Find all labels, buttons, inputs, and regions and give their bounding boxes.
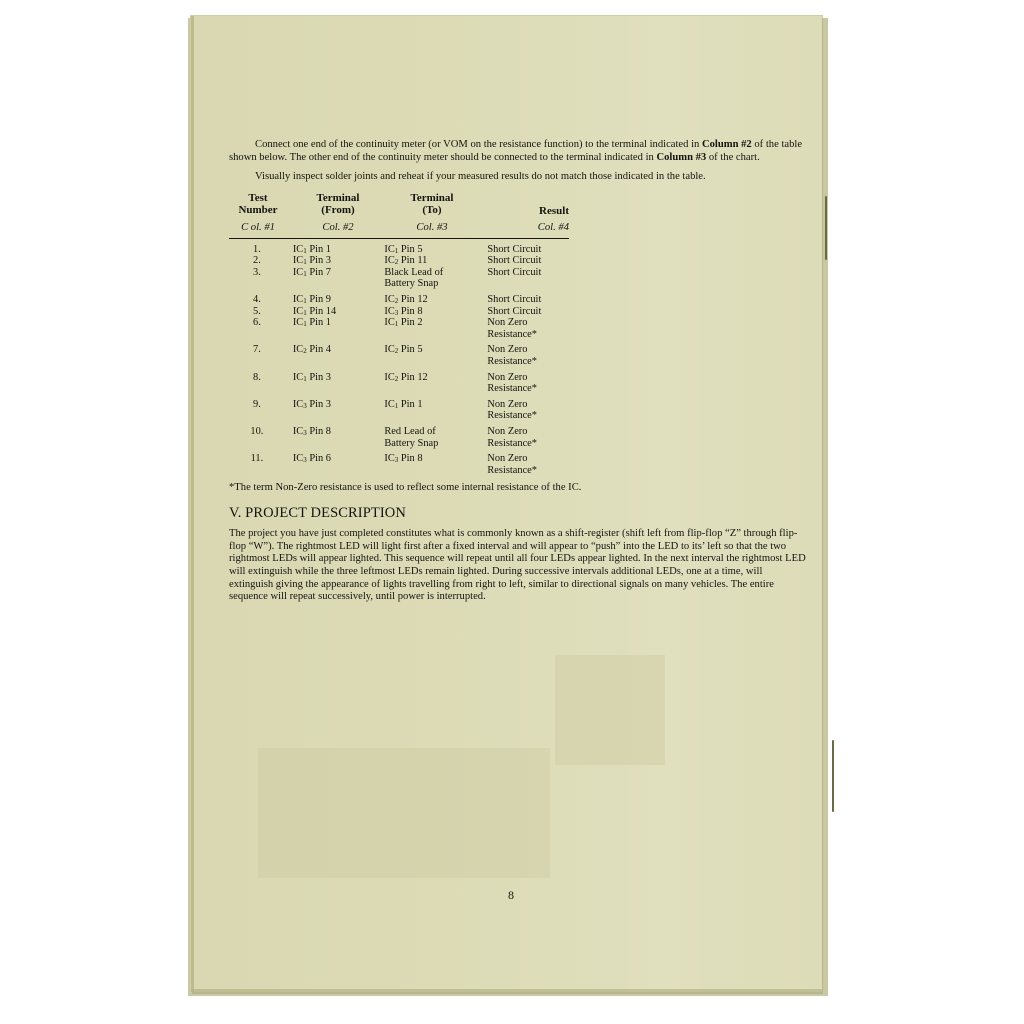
table-row: 2.IC1 Pin 3IC2 Pin 11Short Circuit	[229, 255, 574, 267]
table-row: 3.IC1 Pin 7Black Lead ofBattery SnapShor…	[229, 267, 574, 290]
staple-bottom	[832, 740, 834, 812]
header-result: Result	[489, 205, 569, 218]
subheader-col-2: Col. #2	[293, 222, 383, 233]
cell-test-number: 3.	[229, 267, 285, 290]
cell-terminal-from: IC1 Pin 1	[285, 317, 382, 340]
subheader-col-4: Col. #4	[489, 222, 569, 233]
cell-terminal-to: IC2 Pin 11	[381, 255, 487, 267]
cell-terminal-from: IC1 Pin 7	[285, 267, 382, 290]
cell-result: Short Circuit	[487, 294, 574, 306]
header-test-number: TestNumber	[229, 192, 287, 217]
table-header: TestNumber Terminal(From) Terminal(To) R…	[229, 190, 574, 244]
cell-test-number: 7.	[229, 344, 285, 367]
subheader-col-3: Col. #3	[387, 222, 477, 233]
subheader-col-1: C ol. #1	[229, 222, 287, 233]
cell-terminal-to: Red Lead ofBattery Snap	[381, 426, 487, 449]
intro-instructions: Connect one end of the continuity meter …	[229, 138, 809, 184]
cell-terminal-to: IC2 Pin 12	[381, 372, 487, 395]
cell-test-number: 11.	[229, 453, 285, 476]
cell-test-number: 4.	[229, 294, 285, 306]
cell-terminal-to: IC3 Pin 8	[381, 306, 487, 318]
project-description: The project you have just completed cons…	[229, 528, 809, 604]
cell-test-number: 10.	[229, 426, 285, 449]
cell-terminal-to: IC2 Pin 12	[381, 294, 487, 306]
table-row: 4.IC1 Pin 9IC2 Pin 12Short Circuit	[229, 294, 574, 306]
table-row: 6.IC1 Pin 1IC1 Pin 2Non ZeroResistance*	[229, 317, 574, 340]
table-row: 5.IC1 Pin 14IC3 Pin 8Short Circuit	[229, 306, 574, 318]
staple-top	[825, 196, 827, 260]
table-row: 7.IC2 Pin 4IC2 Pin 5Non ZeroResistance*	[229, 344, 574, 367]
cell-result: Non ZeroResistance*	[487, 317, 574, 340]
cell-terminal-from: IC1 Pin 3	[285, 372, 382, 395]
cell-result: Short Circuit	[487, 255, 574, 267]
table-row: 10.IC3 Pin 8Red Lead ofBattery SnapNon Z…	[229, 426, 574, 449]
cell-test-number: 6.	[229, 317, 285, 340]
cell-test-number: 1.	[229, 244, 285, 256]
table-body: 1.IC1 Pin 1IC1 Pin 5Short Circuit2.IC1 P…	[229, 244, 574, 477]
page-number: 8	[508, 888, 514, 903]
intro-paragraph-1: Connect one end of the continuity meter …	[229, 138, 809, 164]
cell-terminal-to: IC1 Pin 2	[381, 317, 487, 340]
footnote: *The term Non-Zero resistance is used to…	[229, 482, 809, 493]
cell-result: Non ZeroResistance*	[487, 344, 574, 367]
table-row: 9.IC3 Pin 3IC1 Pin 1Non ZeroResistance*	[229, 399, 574, 422]
cell-terminal-to: Black Lead ofBattery Snap	[381, 267, 487, 290]
cell-terminal-from: IC1 Pin 1	[285, 244, 382, 256]
cell-terminal-to: IC2 Pin 5	[381, 344, 487, 367]
intro-paragraph-2: Visually inspect solder joints and rehea…	[229, 170, 809, 183]
cell-terminal-from: IC1 Pin 3	[285, 255, 382, 267]
bleed-through-shadow	[555, 655, 665, 765]
header-rule	[229, 238, 569, 240]
cell-terminal-from: IC2 Pin 4	[285, 344, 382, 367]
cell-result: Short Circuit	[487, 244, 574, 256]
continuity-test-table: TestNumber Terminal(From) Terminal(To) R…	[229, 190, 574, 477]
cell-terminal-to: IC1 Pin 1	[381, 399, 487, 422]
cell-terminal-from: IC3 Pin 3	[285, 399, 382, 422]
bleed-through-shadow	[258, 748, 550, 878]
table-row: 1.IC1 Pin 1IC1 Pin 5Short Circuit	[229, 244, 574, 256]
cell-result: Non ZeroResistance*	[487, 372, 574, 395]
cell-result: Non ZeroResistance*	[487, 426, 574, 449]
header-terminal-from: Terminal(From)	[293, 192, 383, 217]
cell-terminal-to: IC1 Pin 5	[381, 244, 487, 256]
cell-test-number: 5.	[229, 306, 285, 318]
cell-terminal-from: IC1 Pin 9	[285, 294, 382, 306]
cell-result: Short Circuit	[487, 267, 574, 290]
cell-test-number: 9.	[229, 399, 285, 422]
cell-result: Non ZeroResistance*	[487, 453, 574, 476]
cell-terminal-from: IC3 Pin 6	[285, 453, 382, 476]
column-3-ref: Column #3	[656, 152, 706, 163]
cell-terminal-to: IC3 Pin 8	[381, 453, 487, 476]
header-terminal-to: Terminal(To)	[387, 192, 477, 217]
cell-terminal-from: IC1 Pin 14	[285, 306, 382, 318]
cell-test-number: 8.	[229, 372, 285, 395]
cell-terminal-from: IC3 Pin 8	[285, 426, 382, 449]
cell-result: Non ZeroResistance*	[487, 399, 574, 422]
table-row: 11.IC3 Pin 6IC3 Pin 8Non ZeroResistance*	[229, 453, 574, 476]
table-row: 8.IC1 Pin 3IC2 Pin 12Non ZeroResistance*	[229, 372, 574, 395]
cell-test-number: 2.	[229, 255, 285, 267]
section-title: V. PROJECT DESCRIPTION	[229, 505, 809, 522]
column-2-ref: Column #2	[702, 139, 752, 150]
cell-result: Short Circuit	[487, 306, 574, 318]
page-content: Connect one end of the continuity meter …	[229, 138, 809, 604]
